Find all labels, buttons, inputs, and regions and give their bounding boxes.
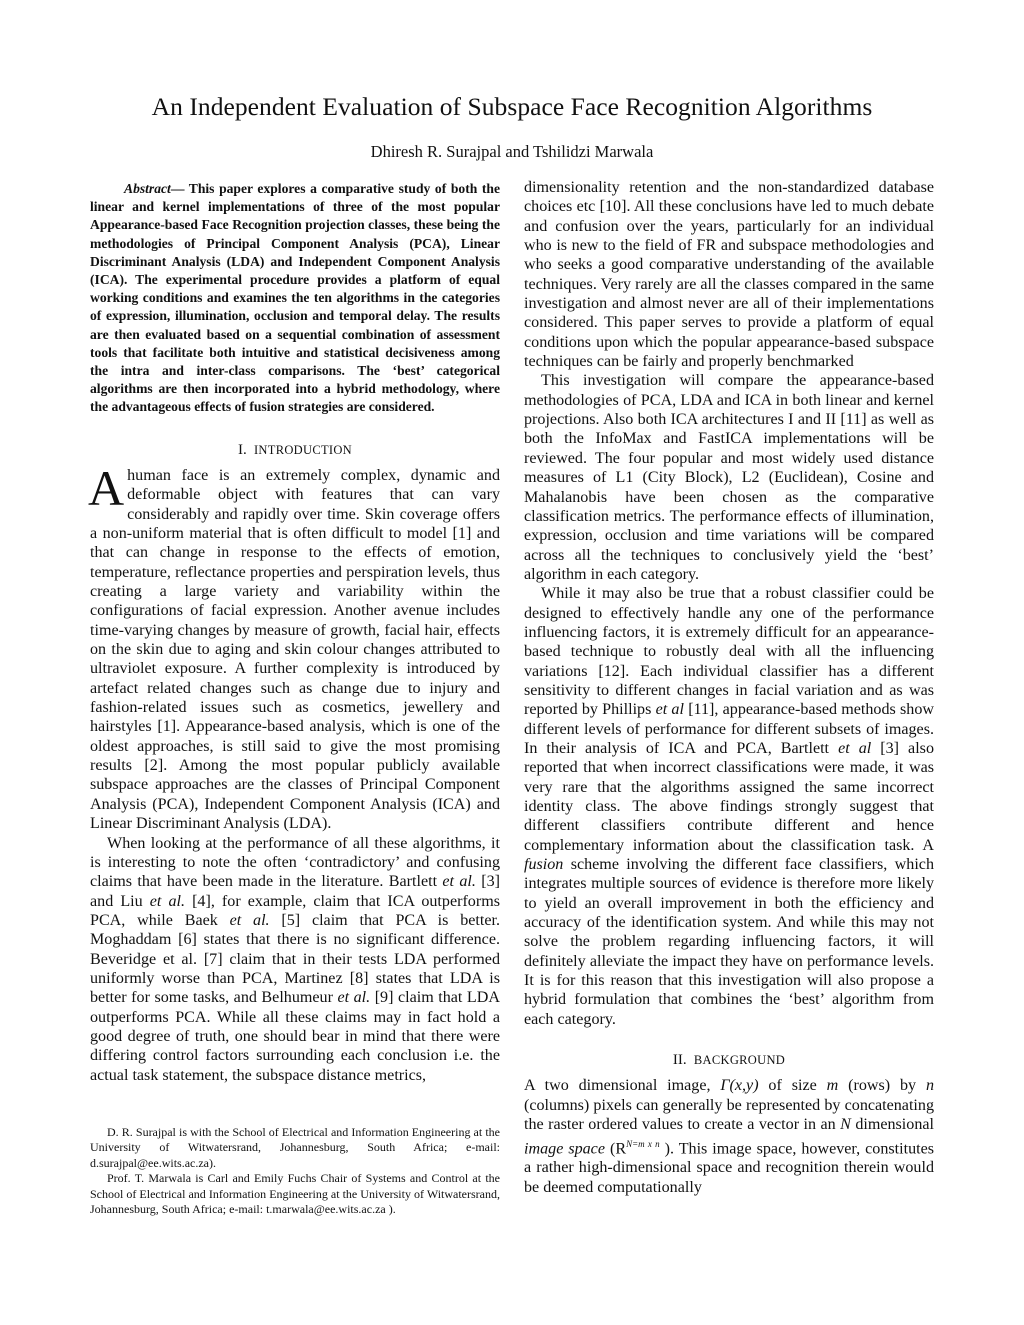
drop-cap: A xyxy=(88,468,124,508)
abstract-text: This paper explores a comparative study … xyxy=(90,181,500,414)
intro-paragraph-2: When looking at the performance of all t… xyxy=(90,834,500,1085)
intro-paragraph-5: While it may also be true that a robust … xyxy=(524,584,934,1029)
intro-paragraph-3: dimensionality retention and the non-sta… xyxy=(524,178,934,371)
abstract: Abstract— This paper explores a comparat… xyxy=(90,180,500,417)
footnote-author-1: D. R. Surajpal is with the School of Ele… xyxy=(90,1125,500,1171)
paper-title: An Independent Evaluation of Subspace Fa… xyxy=(0,92,1024,122)
right-column: dimensionality retention and the non-sta… xyxy=(524,178,934,1197)
background-paragraph-1: A two dimensional image, Γ(x,y) of size … xyxy=(524,1076,934,1196)
left-column: Abstract— This paper explores a comparat… xyxy=(90,180,500,1085)
intro-paragraph-1: Ahuman face is an extremely complex, dyn… xyxy=(90,466,500,834)
abstract-dash: — xyxy=(171,181,189,196)
footnotes: D. R. Surajpal is with the School of Ele… xyxy=(90,1125,500,1217)
abstract-label: Abstract xyxy=(124,181,171,196)
section-heading-background: II. BACKGROUND xyxy=(524,1051,934,1070)
intro-paragraph-4: This investigation will compare the appe… xyxy=(524,371,934,584)
section-heading-introduction: I. Introduction xyxy=(90,441,500,460)
paper-authors: Dhiresh R. Surajpal and Tshilidzi Marwal… xyxy=(0,142,1024,162)
footnote-author-2: Prof. T. Marwala is Carl and Emily Fuchs… xyxy=(90,1171,500,1217)
